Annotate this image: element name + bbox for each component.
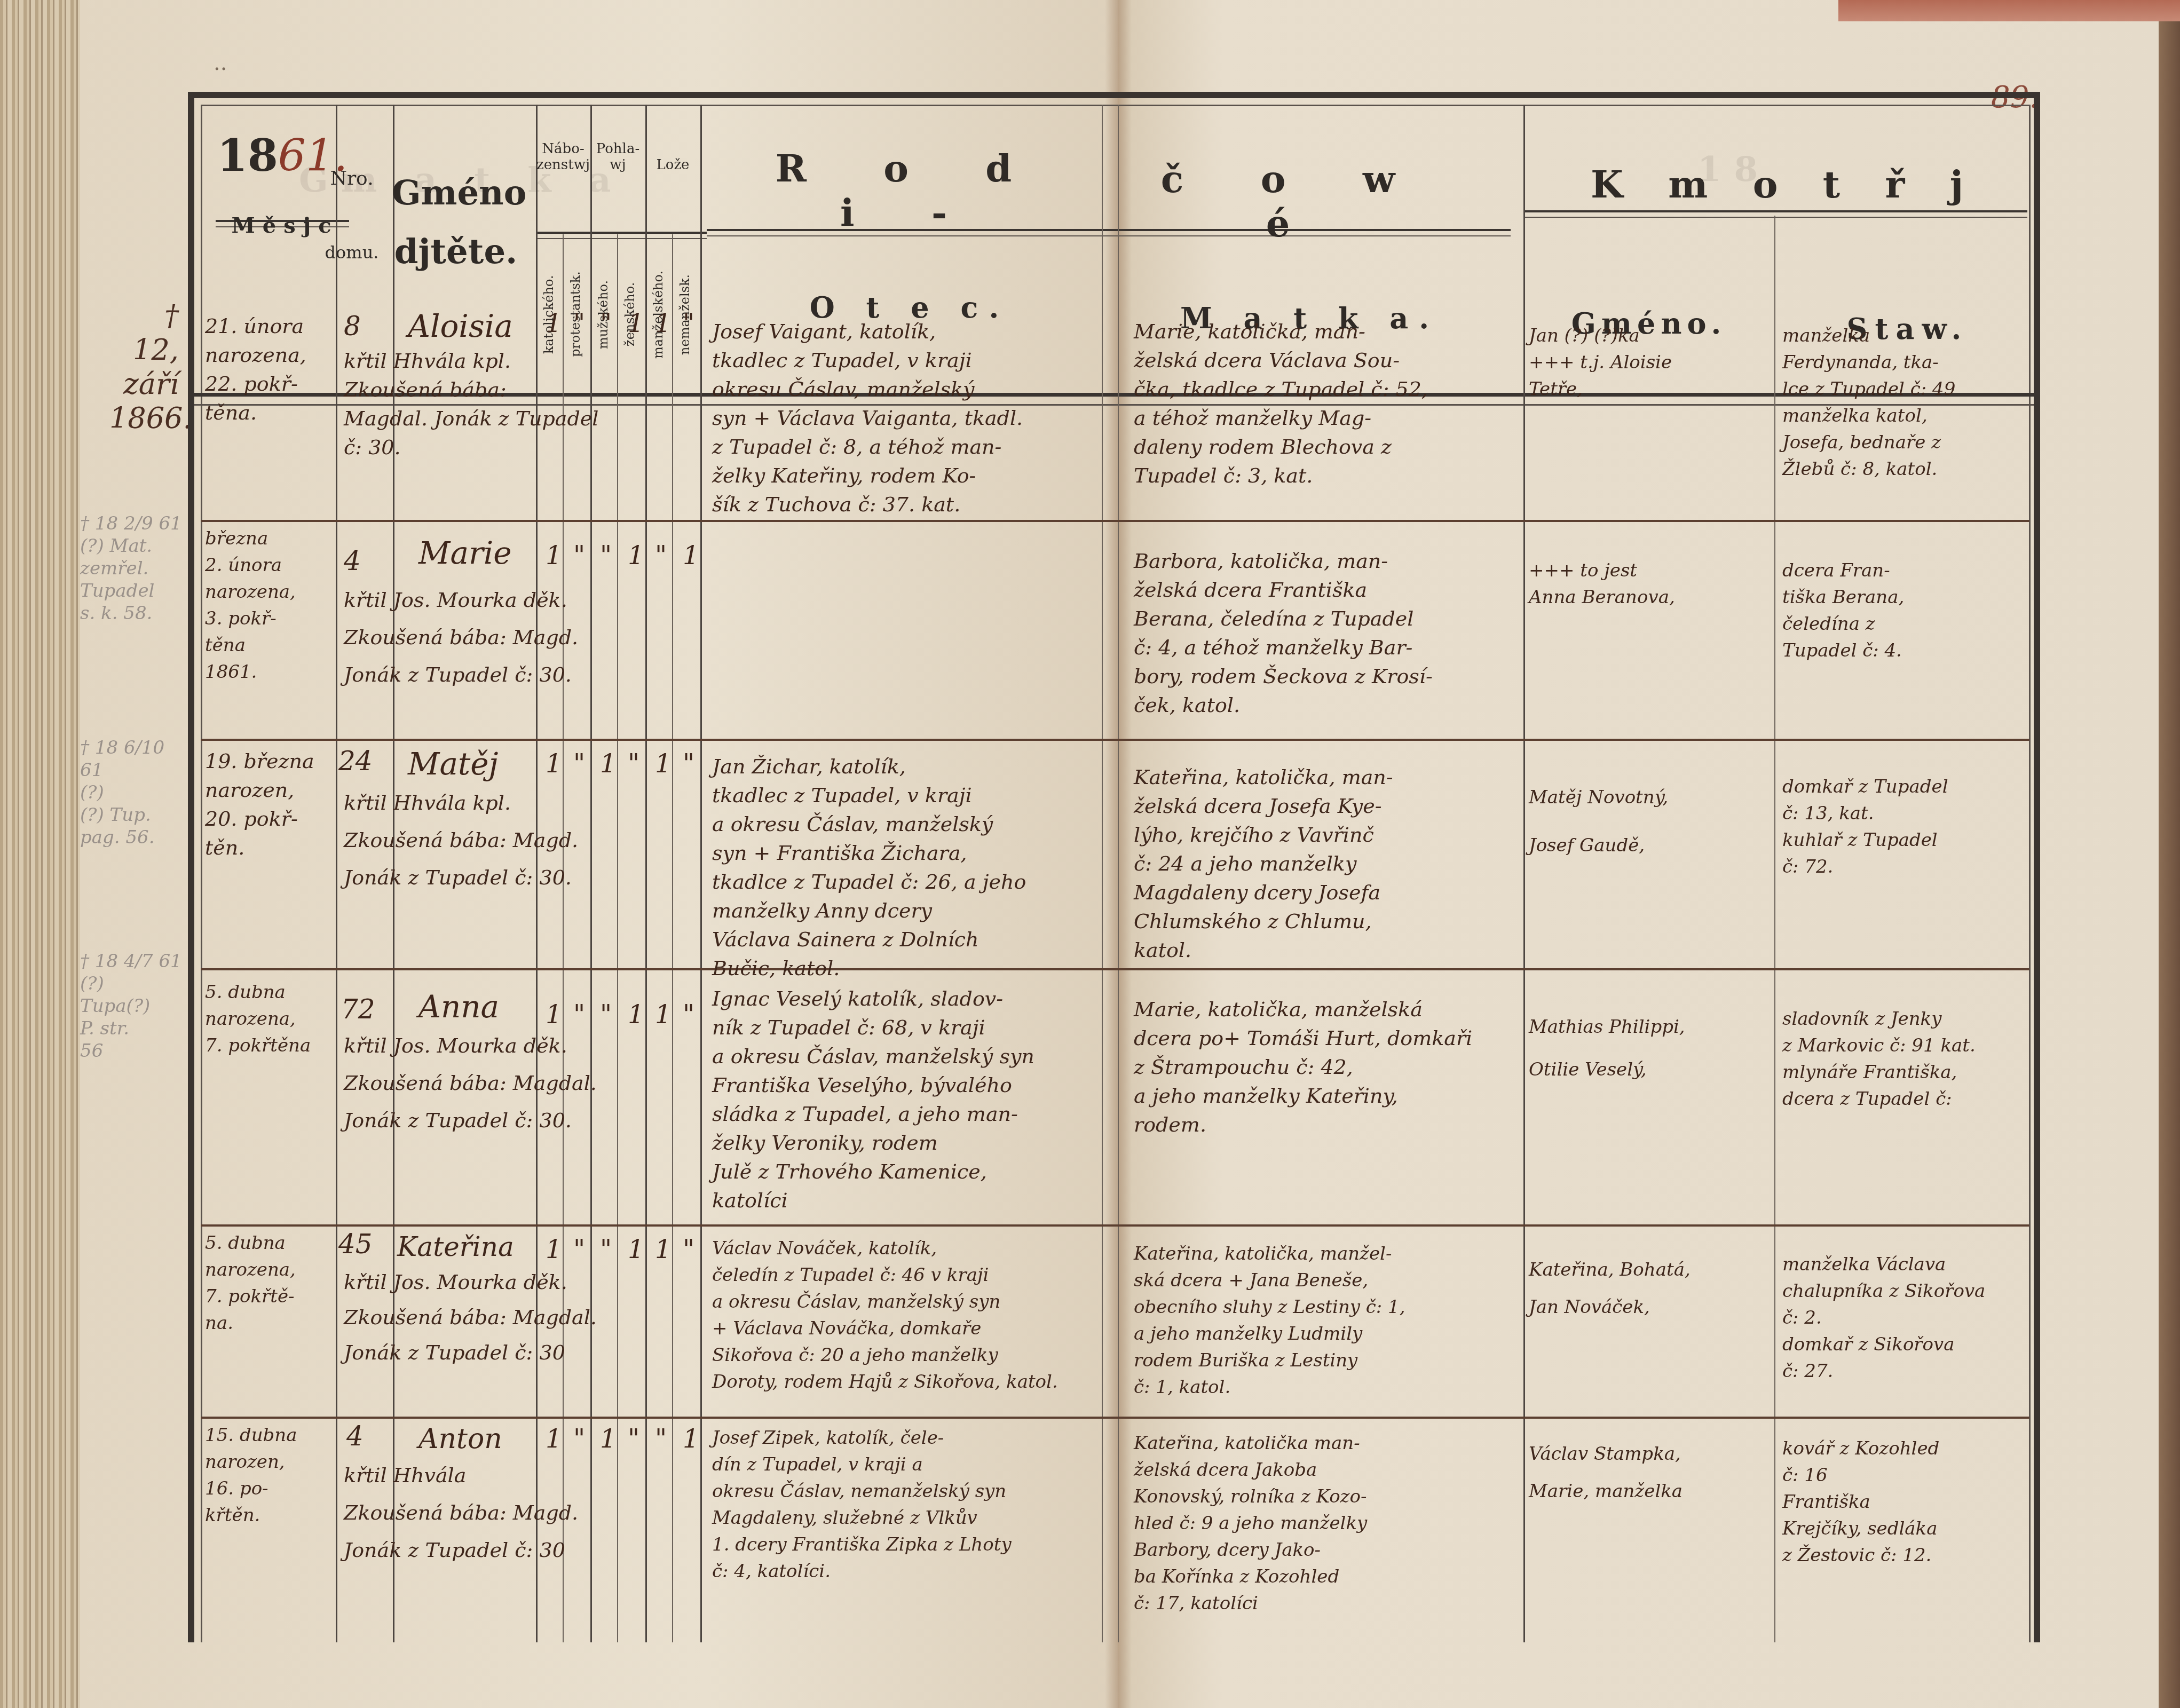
margin-note-pencil-2: † 18 2/9 61 (?) Mat. zemřel. Tupadel s. … — [80, 512, 187, 624]
mark-catholic: 1 — [546, 309, 562, 338]
entry-godparent-status: manželka Václava chalupníka z Sikořova č… — [1782, 1251, 2033, 1385]
entry-baptism-note: křtil Jos. Mourka děk. Zkoušená bába: Ma… — [344, 1027, 707, 1139]
mark-male: 1 — [600, 749, 617, 778]
godparents-heading: K m o t ř j — [1539, 162, 2031, 207]
row-separator — [201, 1417, 2029, 1419]
mark-female: 1 — [628, 309, 644, 338]
book-fore-edge-right — [2159, 0, 2180, 1708]
col-divider — [1523, 105, 1525, 1642]
entry-father: Josef Zipek, katolík, čele- dín z Tupade… — [712, 1425, 1096, 1585]
mark-female: 1 — [628, 541, 644, 570]
entry-godparent-name: +++ to jest Anna Beranova, — [1529, 557, 1774, 611]
entry-house-number: 4 — [344, 547, 361, 575]
mark-protestant: " — [573, 749, 585, 778]
entry-child-name: Anton — [418, 1422, 502, 1456]
mark-legitimate: 1 — [655, 749, 672, 778]
entry-date: 21. února narozena, 22. pokř- těna. — [205, 312, 336, 427]
religion-heading: Nábo- zenstwj — [536, 141, 590, 173]
mark-legitimate: " — [655, 1425, 667, 1453]
entry-godparent-status: sladovník z Jenky z Markovic č: 91 kat. … — [1782, 1006, 2033, 1112]
entry-house-number: 45 — [338, 1230, 373, 1259]
gutter-divider — [1102, 105, 1103, 1642]
entry-house-number: 24 — [338, 747, 373, 776]
mark-legitimate: 1 — [655, 1235, 672, 1264]
month-heading: Měsjc — [210, 213, 360, 238]
entry-child-name: Anna — [418, 990, 499, 1024]
entry-baptism-note: křtil Jos. Mourka děk. Zkoušená bába: Ma… — [344, 581, 707, 693]
entry-house-number: 8 — [344, 312, 361, 341]
entry-godparent-status: domkař z Tupadel č: 13, kat. kuhlař z Tu… — [1782, 773, 2033, 880]
entry-house-number: 4 — [346, 1422, 364, 1451]
mark-illegitimate: " — [683, 1235, 694, 1264]
entry-godparent-status: manželka Ferdynanda, tka- lce z Tupadel … — [1782, 322, 2033, 483]
entry-baptism-note: křtil Hhvála kpl. Zkoušená bába: Magd. J… — [344, 784, 707, 896]
mark-protestant: " — [573, 1000, 585, 1029]
entry-baptism-note: křtil Jos. Mourka děk. Zkoušená bába: Ma… — [344, 1264, 707, 1370]
parents-heading-left: R o d i - — [760, 146, 1059, 235]
mark-illegitimate: 1 — [683, 541, 699, 570]
entry-child-name: Matěj — [408, 747, 499, 781]
entry-child-name: Aloisia — [408, 309, 513, 343]
mark-legitimate: 1 — [655, 309, 672, 338]
entry-mother: Marie, katolička, manželská dcera po+ To… — [1134, 995, 1518, 1139]
mark-catholic: 1 — [546, 749, 562, 778]
house-number-heading-sub: domu. — [322, 242, 381, 263]
entry-baptism-note: křtil Hhvála kpl. Zkoušená bába: Magdal.… — [344, 346, 707, 462]
entry-father: Václav Nováček, katolík, čeledín z Tupad… — [712, 1235, 1096, 1395]
bed-heading: Lože — [645, 157, 700, 173]
row-separator — [201, 739, 2029, 741]
entry-godparent-status: kovář z Kozohled č: 16 Františka Krejčík… — [1782, 1435, 2033, 1569]
header-rule-godparents — [1523, 210, 2027, 218]
mark-male: " — [600, 541, 612, 570]
entry-date: 5. dubna narozena, 7. pokřtěna — [205, 979, 336, 1059]
mark-protestant: " — [573, 1425, 585, 1453]
mark-protestant: " — [573, 309, 585, 338]
mark-protestant: " — [573, 541, 585, 570]
mark-illegitimate: " — [683, 749, 694, 778]
entry-child-name: Kateřina — [397, 1230, 514, 1264]
entry-mother: Kateřina, katolička, manžel- ská dcera +… — [1134, 1240, 1518, 1401]
child-name-heading: Gméno — [392, 173, 520, 213]
mark-male: " — [600, 1235, 612, 1264]
mark-illegitimate: 1 — [683, 1425, 699, 1453]
entry-godparent-status: dcera Fran- tiška Berana, čeledína z Tup… — [1782, 557, 2033, 664]
mark-female: 1 — [628, 1000, 644, 1029]
gutter-divider — [1118, 105, 1119, 1642]
child-name-heading-sub: djtěte. — [392, 232, 520, 272]
col-divider — [1774, 216, 1775, 1642]
margin-note-death-1: † 12, září 1866. — [109, 299, 179, 436]
row-separator — [201, 1224, 2029, 1227]
mark-male: 1 — [600, 1425, 617, 1453]
row-separator — [201, 968, 2029, 970]
mark-legitimate: 1 — [655, 1000, 672, 1029]
entry-godparent-name: Mathias Philippi, Otilie Veselý, — [1529, 1006, 1774, 1091]
corner-mark: .. — [214, 51, 227, 75]
entry-godparent-name: Matěj Novotný, Josef Gaudě, — [1529, 773, 1774, 869]
house-number-heading: Nro. — [322, 168, 381, 189]
entry-father: Ignac Veselý katolík, sladov- ník z Tupa… — [712, 984, 1096, 1215]
entry-date: 19. března narozen, 20. pokř- těn. — [205, 747, 336, 862]
baptism-register-table: 1861. Měsjc Nro. domu. Gméno djtěte. Náb… — [188, 92, 2040, 1642]
mark-male: " — [600, 309, 612, 338]
mark-female: " — [628, 1425, 639, 1453]
mark-female: " — [628, 749, 639, 778]
margin-note-pencil-4: † 18 4/7 61 (?) Tupa(?) P. str. 56 — [80, 950, 187, 1062]
mark-illegitimate: " — [683, 309, 694, 338]
entry-mother: Barbora, katolička, man- želská dcera Fr… — [1134, 547, 1518, 719]
entry-godparent-name: Jan (?) (?)ka +++ t.j. Aloisie Tetře, — [1529, 322, 1774, 402]
entry-mother: Kateřina, katolička man- želská dcera Ja… — [1134, 1430, 1518, 1617]
mark-catholic: 1 — [546, 1000, 562, 1029]
mark-legitimate: " — [655, 541, 667, 570]
entry-mother: Marie, katolička, man- želská dcera Václ… — [1134, 317, 1518, 490]
entry-date: 5. dubna narozena, 7. pokřtě- na. — [205, 1230, 336, 1337]
entry-baptism-note: křtil Hhvála Zkoušená bába: Magd. Jonák … — [344, 1457, 707, 1569]
mark-catholic: 1 — [546, 1425, 562, 1453]
margin-note-pencil-3: † 18 6/10 61 (?) (?) Tup. pag. 56. — [80, 737, 187, 849]
row-separator — [201, 520, 2029, 522]
entry-father: Jan Žichar, katolík, tkadlec z Tupadel, … — [712, 752, 1096, 983]
mark-illegitimate: " — [683, 1000, 694, 1029]
mark-female: 1 — [628, 1235, 644, 1264]
entry-date: března 2. února narozena, 3. pokř- těna … — [205, 525, 336, 685]
entry-father: Josef Vaigant, katolík, tkadlec z Tupade… — [712, 317, 1096, 519]
book-cover-edge — [1838, 0, 2180, 21]
entry-house-number: 72 — [341, 995, 375, 1024]
entry-mother: Kateřina, katolička, man- želská dcera J… — [1134, 763, 1518, 964]
entry-child-name: Marie — [418, 536, 512, 570]
header-rule-small-cols — [536, 232, 707, 239]
book-fore-edge-left — [0, 0, 80, 1708]
mark-catholic: 1 — [546, 1235, 562, 1264]
mark-male: " — [600, 1000, 612, 1029]
col-divider — [336, 105, 337, 1642]
mark-catholic: 1 — [546, 541, 562, 570]
entry-godparent-name: Václav Stampka, Marie, manželka — [1529, 1435, 1774, 1510]
entry-godparent-name: Kateřina, Bohatá, Jan Nováček, — [1529, 1251, 1774, 1326]
mark-protestant: " — [573, 1235, 585, 1264]
entry-date: 15. dubna narozen, 16. po- křtěn. — [205, 1422, 336, 1529]
sex-heading: Pohla- wj — [590, 141, 645, 173]
parents-heading-right: č o w é — [1144, 157, 1443, 246]
